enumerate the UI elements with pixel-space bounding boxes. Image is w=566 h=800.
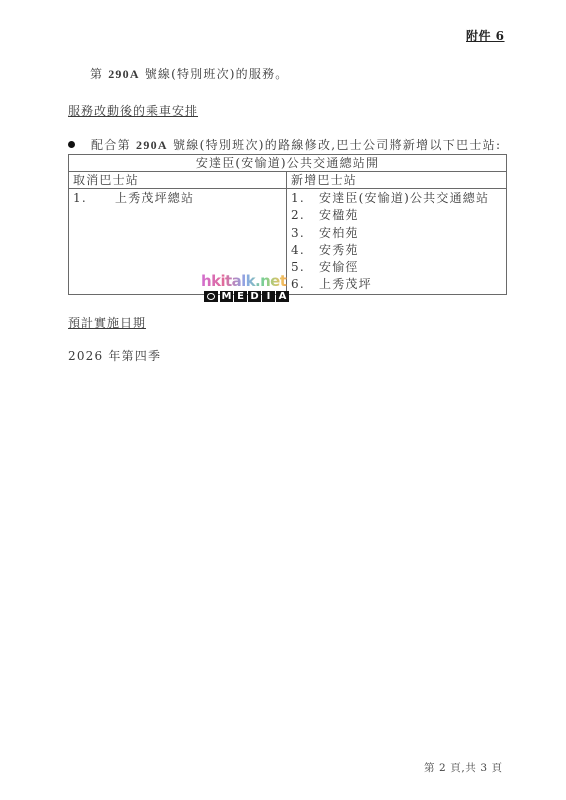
intro-prefix: 第 <box>90 67 108 81</box>
stop-number: 4. <box>291 242 319 259</box>
list-item: 1. 安達臣(安愉道)公共交通總站 <box>291 190 502 207</box>
watermark-letter: M <box>220 291 233 302</box>
column-header-cancelled: 取消巴士站 <box>69 172 287 189</box>
section-heading-arrangement: 服務改動後的乘車安排 <box>68 102 198 119</box>
added-stops-cell: 1. 安達臣(安愉道)公共交通總站 2. 安楹苑 3. 安柏苑 4. 安秀苑 5… <box>287 189 507 295</box>
watermark-letter: A <box>276 291 289 302</box>
list-item: 1. 上秀茂坪總站 <box>73 190 282 207</box>
stop-number: 3. <box>291 225 319 242</box>
stop-number: 2. <box>291 207 319 224</box>
stop-number: 5. <box>291 259 319 276</box>
bullet-prefix: 配合第 <box>91 138 136 152</box>
watermark-media-bar: M E D I A <box>204 290 291 302</box>
list-item: 5. 安愉徑 <box>291 259 502 276</box>
bullet-point: 配合第 290A 號線(特別班次)的路線修改,巴士公司將新增以下巴士站: <box>68 136 501 153</box>
watermark-letter: E <box>234 291 247 302</box>
column-header-added: 新增巴士站 <box>287 172 507 189</box>
watermark-letter: D <box>248 291 261 302</box>
stop-name: 安達臣(安愉道)公共交通總站 <box>319 190 489 207</box>
route-number: 290A <box>108 67 139 81</box>
table-title-row: 安達臣(安愉道)公共交通總站開 <box>69 155 507 172</box>
list-item: 3. 安柏苑 <box>291 225 502 242</box>
stop-number: 1. <box>73 190 115 207</box>
stop-number: 6. <box>291 276 319 293</box>
stop-number: 1. <box>291 190 319 207</box>
bullet-route-number: 290A <box>136 138 168 152</box>
list-item: 6. 上秀茂坪 <box>291 276 502 293</box>
stop-name: 安秀苑 <box>319 242 359 259</box>
stop-name: 安柏苑 <box>319 225 359 242</box>
watermark-logo: hkitalk.net M E D I A <box>201 274 291 302</box>
stop-name: 安楹苑 <box>319 207 359 224</box>
implementation-date: 2026 年第四季 <box>68 347 161 364</box>
watermark-site-text: hkitalk.net <box>201 274 291 289</box>
stop-name: 安愉徑 <box>319 259 359 276</box>
intro-text: 第 290A 號線(特別班次)的服務。 <box>90 65 288 82</box>
table-title: 安達臣(安愉道)公共交通總站開 <box>69 155 507 172</box>
list-item: 2. 安楹苑 <box>291 207 502 224</box>
watermark-letter: I <box>262 291 275 302</box>
list-item: 4. 安秀苑 <box>291 242 502 259</box>
bullet-suffix: 號線(特別班次)的路線修改,巴士公司將新增以下巴士站: <box>168 138 501 152</box>
bullet-icon <box>68 141 75 148</box>
stop-name: 上秀茂坪總站 <box>115 190 194 207</box>
stop-name: 上秀茂坪 <box>319 276 372 293</box>
table-header-row: 取消巴士站 新增巴士站 <box>69 172 507 189</box>
media-logo-icon <box>204 291 218 302</box>
section-heading-date: 預計實施日期 <box>68 314 146 331</box>
bullet-text: 配合第 290A 號線(特別班次)的路線修改,巴士公司將新增以下巴士站: <box>91 136 501 153</box>
intro-suffix: 號線(特別班次)的服務。 <box>140 67 289 81</box>
page-number: 第 2 頁,共 3 頁 <box>424 760 503 775</box>
annex-label: 附件 6 <box>466 27 505 44</box>
